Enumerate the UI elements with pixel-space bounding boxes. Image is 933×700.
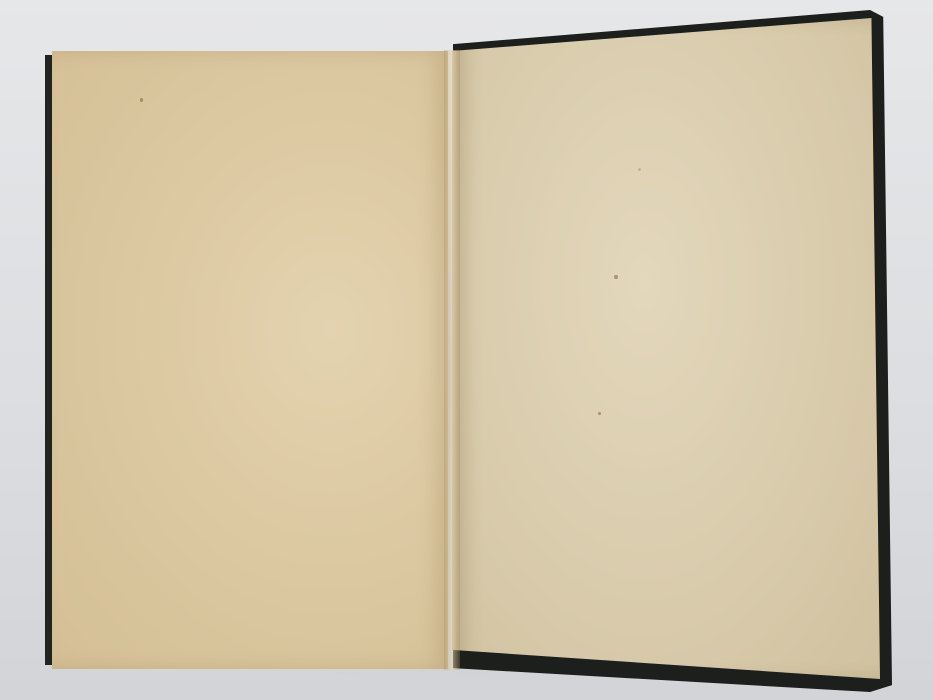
foxing-spot <box>638 168 641 171</box>
foxing-spot <box>598 412 601 415</box>
foxing-spot <box>140 98 143 102</box>
foxing-spot <box>614 275 618 279</box>
right-endpaper <box>452 18 880 679</box>
left-endpaper <box>52 51 448 669</box>
book-gutter <box>444 50 460 670</box>
